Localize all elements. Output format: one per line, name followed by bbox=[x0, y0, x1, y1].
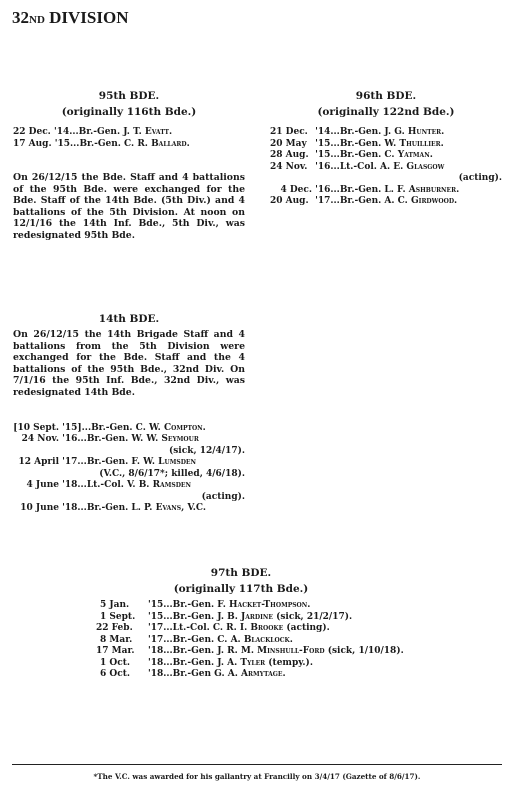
entry-date: 20 May bbox=[270, 139, 312, 151]
entry-continuation: (sick, 12/4/17). bbox=[13, 446, 245, 458]
bde-95-note: On 26/12/15 the Bde. Staff and 4 battali… bbox=[13, 172, 245, 242]
entry-text: '17...Br.-Gen. F. W. bbox=[59, 457, 158, 467]
entry-name: Ramsden bbox=[153, 480, 191, 490]
entry-date: 12 April bbox=[13, 457, 59, 469]
commander-entry: 10 June '18...Br.-Gen. L. P. Evans, V.C. bbox=[13, 503, 245, 515]
entry-name: Evans bbox=[156, 503, 182, 513]
entry-tail: . bbox=[290, 635, 293, 645]
entry-text: '18...Br.-Gen. J. A. bbox=[148, 658, 240, 668]
entry-text: '17...Br.-Gen. A. C. bbox=[312, 196, 411, 206]
entry-date: [10 Sept. bbox=[13, 423, 59, 435]
bde-95-title: 95th BDE. bbox=[13, 88, 245, 104]
entry-name: Hacket-Thompson bbox=[229, 600, 307, 610]
entry-continuation: (acting). bbox=[13, 492, 245, 504]
entry-date: 24 Nov. bbox=[270, 162, 312, 174]
entry-name: Brooke bbox=[250, 623, 283, 633]
entry-text: '17...Br.-Gen. C. A. bbox=[148, 635, 244, 645]
entry-continuation: (V.C., 8/6/17*; killed, 4/6/18). bbox=[13, 469, 245, 481]
entry-date: 24 Nov. bbox=[13, 434, 59, 446]
commander-entry: 28 Aug. '15...Br.-Gen. C. Yatman. bbox=[270, 150, 502, 162]
entry-tail: . bbox=[187, 139, 190, 149]
commander-entry: 17 Aug. '15...Br.-Gen. C. R. Ballard. bbox=[13, 139, 245, 151]
title-number: 32 bbox=[12, 8, 29, 27]
entry-date: 5 Jan. bbox=[96, 600, 142, 612]
entry-continuation: (acting). bbox=[270, 173, 502, 185]
entry-tail: (tempy.). bbox=[265, 658, 313, 668]
entry-name: Armytage bbox=[241, 669, 282, 679]
entry-name: Lumsden bbox=[158, 457, 196, 467]
commander-entry: 24 Nov. '16...Lt.-Col. A. E. Glasgow(act… bbox=[270, 162, 502, 185]
entry-date: 4 Dec. bbox=[270, 185, 312, 197]
entry-text: '18...Br.-Gen G. A. bbox=[148, 669, 241, 679]
entry-name: Glasgow bbox=[406, 162, 444, 172]
entry-tail: (sick, 21/2/17). bbox=[273, 612, 352, 622]
entry-name: Girdwood bbox=[411, 196, 454, 206]
commander-entry: [10 Sept. '15]...Br.-Gen. C. W. Compton. bbox=[13, 423, 245, 435]
bde-96-subtitle: (originally 122nd Bde.) bbox=[270, 104, 502, 120]
entry-text: '15...Br.-Gen. F. bbox=[148, 600, 229, 610]
bde-97-section: 97th BDE. (originally 117th Bde.) 5 Jan.… bbox=[96, 565, 456, 681]
entry-tail: (sick, 1/10/18). bbox=[325, 646, 404, 656]
entry-tail: . bbox=[454, 196, 457, 206]
bde-97-title: 97th BDE. bbox=[96, 565, 386, 581]
commander-entry: 17 Mar.'18...Br.-Gen. J. R. M. Minshull-… bbox=[96, 646, 456, 658]
entry-text: '14...Br.-Gen. J. T. bbox=[51, 127, 145, 137]
entry-name: Tyler bbox=[240, 658, 265, 668]
bde-96-commanders: 21 Dec. '14...Br.-Gen. J. G. Hunter. 20 … bbox=[270, 127, 502, 208]
entry-tail: . bbox=[441, 139, 444, 149]
entry-date: 6 Oct. bbox=[96, 669, 142, 681]
commander-entry: 21 Dec. '14...Br.-Gen. J. G. Hunter. bbox=[270, 127, 502, 139]
entry-name: Seymour bbox=[161, 434, 198, 444]
entry-date: 22 Dec. bbox=[13, 127, 51, 137]
entry-date: 4 June bbox=[13, 480, 59, 492]
entry-date: 10 June bbox=[13, 503, 59, 515]
entry-date: 17 Mar. bbox=[96, 646, 142, 658]
footnote: *The V.C. was awarded for his gallantry … bbox=[0, 772, 514, 781]
bde-14-commanders: [10 Sept. '15]...Br.-Gen. C. W. Compton.… bbox=[13, 423, 245, 515]
commander-entry: 4 June '18...Lt.-Col. V. B. Ramsden(acti… bbox=[13, 480, 245, 503]
entry-text: '16...Br.-Gen. L. F. bbox=[312, 185, 409, 195]
entry-name: Ashburner bbox=[409, 185, 456, 195]
commander-entry: 12 April '17...Br.-Gen. F. W. Lumsden(V.… bbox=[13, 457, 245, 480]
entry-name: Yatman bbox=[398, 150, 430, 160]
entry-date: 17 Aug. bbox=[13, 139, 52, 149]
entry-tail: . bbox=[441, 127, 444, 137]
entry-text: '14...Br.-Gen. J. G. bbox=[312, 127, 408, 137]
bde-14-section: 14th BDE. On 26/12/15 the 14th Brigade S… bbox=[13, 311, 245, 515]
bde-97-commanders: 5 Jan.'15...Br.-Gen. F. Hacket-Thompson.… bbox=[96, 600, 456, 681]
entry-date: 20 Aug. bbox=[270, 196, 312, 208]
entry-name: Compton bbox=[164, 423, 203, 433]
bde-95-section: 95th BDE. (originally 116th Bde.) 22 Dec… bbox=[13, 88, 245, 242]
entry-text: '15...Br.-Gen. C. R. bbox=[52, 139, 151, 149]
entry-text: '17...Lt.-Col. C. R. I. bbox=[148, 623, 250, 633]
entry-text: '16...Br.-Gen. W. W. bbox=[59, 434, 161, 444]
entry-date: 28 Aug. bbox=[270, 150, 312, 162]
entry-date: 1 Sept. bbox=[96, 612, 142, 624]
entry-tail: . bbox=[282, 669, 285, 679]
commander-entry: 8 Mar.'17...Br.-Gen. C. A. Blacklock. bbox=[96, 635, 456, 647]
commander-entry: 20 Aug. '17...Br.-Gen. A. C. Girdwood. bbox=[270, 196, 502, 208]
commander-entry: 22 Dec. '14...Br.-Gen. J. T. Evatt. bbox=[13, 127, 245, 139]
commander-entry: 24 Nov. '16...Br.-Gen. W. W. Seymour(sic… bbox=[13, 434, 245, 457]
entry-tail: . bbox=[307, 600, 310, 610]
page-title: 32ND DIVISION bbox=[12, 8, 129, 28]
entry-tail: . bbox=[169, 127, 172, 137]
commander-entry: 22 Feb.'17...Lt.-Col. C. R. I. Brooke (a… bbox=[96, 623, 456, 635]
commander-entry: 6 Oct.'18...Br.-Gen G. A. Armytage. bbox=[96, 669, 456, 681]
entry-date: 1 Oct. bbox=[96, 658, 142, 670]
entry-date: 22 Feb. bbox=[96, 623, 142, 635]
entry-text: '18...Lt.-Col. V. B. bbox=[59, 480, 153, 490]
bde-96-section: 96th BDE. (originally 122nd Bde.) 21 Dec… bbox=[270, 88, 502, 208]
bde-14-note: On 26/12/15 the 14th Brigade Staff and 4… bbox=[13, 329, 245, 399]
entry-text: '15...Br.-Gen. J. B. bbox=[148, 612, 241, 622]
entry-date: 8 Mar. bbox=[96, 635, 142, 647]
entry-tail: , V.C. bbox=[181, 503, 206, 513]
commander-entry: 1 Sept.'15...Br.-Gen. J. B. Jardine (sic… bbox=[96, 612, 456, 624]
entry-name: Hunter bbox=[408, 127, 441, 137]
entry-name: Thuillier bbox=[399, 139, 440, 149]
entry-tail: . bbox=[430, 150, 433, 160]
footnote-divider bbox=[12, 764, 502, 765]
commander-entry: 1 Oct.'18...Br.-Gen. J. A. Tyler (tempy.… bbox=[96, 658, 456, 670]
bde-14-title: 14th BDE. bbox=[13, 311, 245, 327]
bde-95-commanders: 22 Dec. '14...Br.-Gen. J. T. Evatt. 17 A… bbox=[13, 127, 245, 150]
entry-tail: . bbox=[203, 423, 206, 433]
entry-name: Blacklock bbox=[244, 635, 290, 645]
entry-text: '16...Lt.-Col. A. E. bbox=[312, 162, 406, 172]
commander-entry: 20 May '15...Br.-Gen. W. Thuillier. bbox=[270, 139, 502, 151]
entry-tail: (acting). bbox=[283, 623, 330, 633]
entry-name: Ballard bbox=[151, 139, 187, 149]
entry-text: '18...Br.-Gen. L. P. bbox=[59, 503, 156, 513]
entry-name: Evatt bbox=[145, 127, 169, 137]
bde-96-title: 96th BDE. bbox=[270, 88, 502, 104]
commander-entry: 4 Dec. '16...Br.-Gen. L. F. Ashburner. bbox=[270, 185, 502, 197]
entry-text: '15...Br.-Gen. W. bbox=[312, 139, 399, 149]
entry-tail: . bbox=[456, 185, 459, 195]
entry-text: '15...Br.-Gen. C. bbox=[312, 150, 398, 160]
title-text: DIVISION bbox=[45, 8, 129, 27]
bde-97-subtitle: (originally 117th Bde.) bbox=[96, 581, 386, 597]
entry-date: 21 Dec. bbox=[270, 127, 312, 139]
entry-name: Jardine bbox=[241, 612, 273, 622]
bde-95-subtitle: (originally 116th Bde.) bbox=[13, 104, 245, 120]
entry-name: Minshull-Ford bbox=[257, 646, 324, 656]
entry-text: '18...Br.-Gen. J. R. M. bbox=[148, 646, 257, 656]
commander-entry: 5 Jan.'15...Br.-Gen. F. Hacket-Thompson. bbox=[96, 600, 456, 612]
title-suffix: ND bbox=[29, 14, 45, 26]
entry-text: '15]...Br.-Gen. C. W. bbox=[59, 423, 164, 433]
